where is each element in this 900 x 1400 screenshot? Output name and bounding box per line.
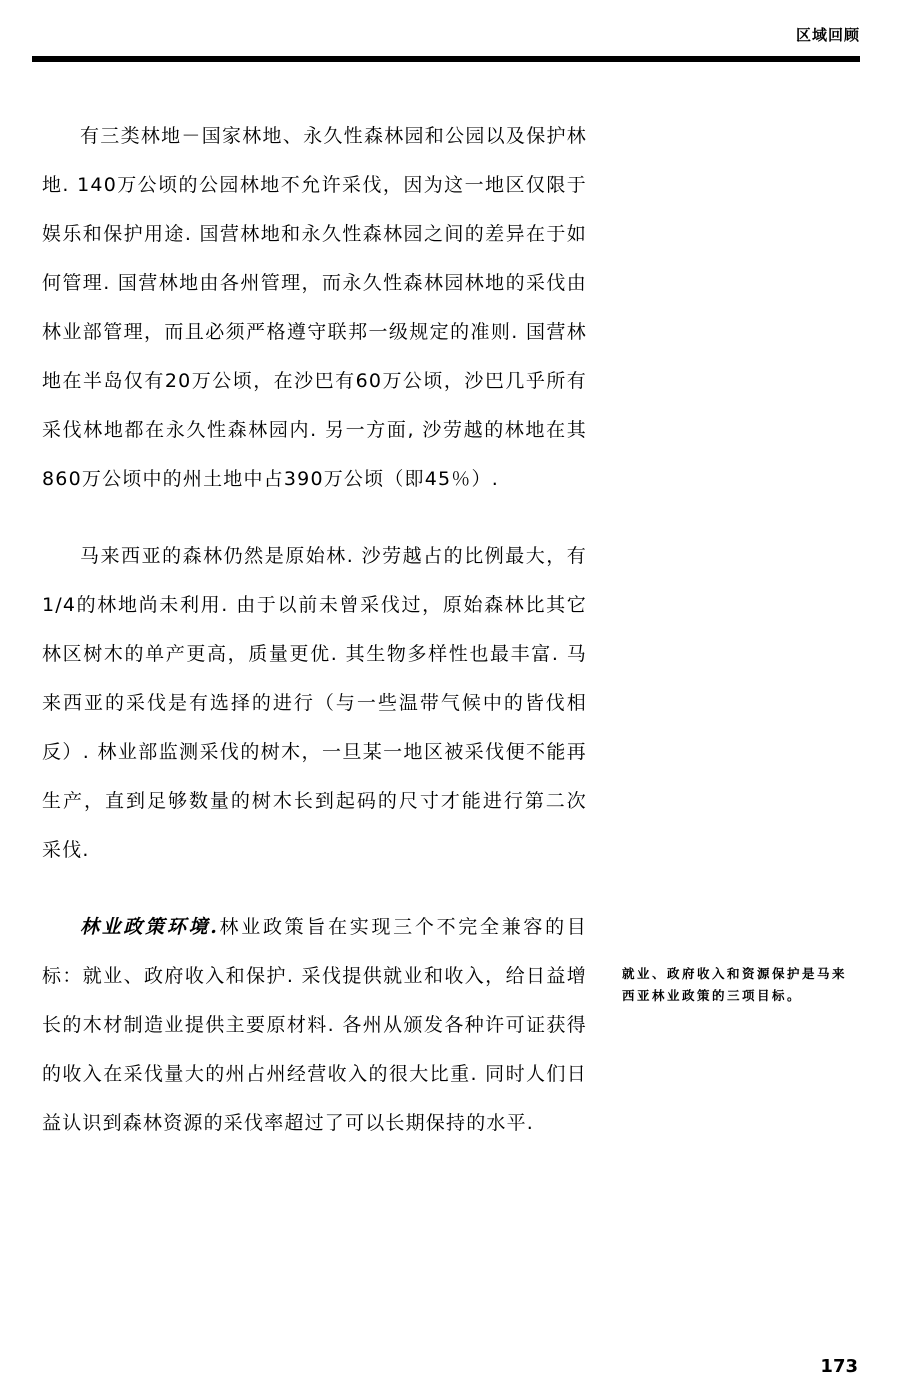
- paragraph-forest-types: 有三类林地－国家林地、永久性森林园和公园以及保护林地. 140万公顷的公园林地不…: [42, 112, 587, 504]
- paragraph-primary-forest: 马来西亚的森林仍然是原始林. 沙劳越占的比例最大，有1/4的林地尚未利用. 由于…: [42, 532, 587, 875]
- page-number: 173: [820, 1356, 858, 1377]
- header-rule: [32, 56, 860, 62]
- running-head: 区域回顾: [796, 24, 860, 45]
- paragraph-policy-environment: 林业政策环境.林业政策旨在实现三个不完全兼容的目标：就业、政府收入和保护. 采伐…: [42, 903, 587, 1148]
- section-lead-heading: 林业政策环境.: [80, 916, 218, 938]
- main-text-column: 有三类林地－国家林地、永久性森林园和公园以及保护林地. 140万公顷的公园林地不…: [42, 112, 587, 1176]
- paragraph-body: 林业政策旨在实现三个不完全兼容的目标：就业、政府收入和保护. 采伐提供就业和收入…: [42, 916, 587, 1134]
- margin-note: 就业、政府收入和资源保护是马来西亚林业政策的三项目标。: [622, 963, 860, 1007]
